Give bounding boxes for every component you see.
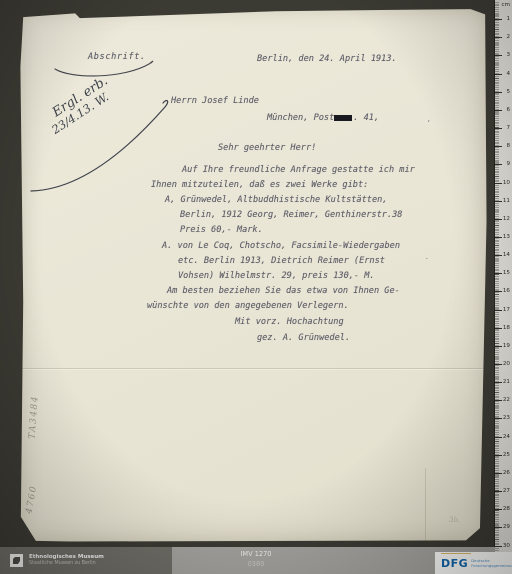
ruler-cm-number: 10 <box>503 180 510 186</box>
body-line: A, Grünwedel, Altbuddhistische Kultstätt… <box>165 195 387 205</box>
ruler-cm-tick <box>495 418 502 419</box>
ruler-cm-number: 27 <box>503 488 510 494</box>
letter-paper: Abschrift. Berlin, den 24. April 1913. H… <box>19 8 487 542</box>
ruler-cm-number: 26 <box>503 470 510 476</box>
ruler-cm-tick <box>495 328 502 329</box>
ruler-cm-tick <box>495 400 502 401</box>
ruler-cm-number: 9 <box>506 161 510 167</box>
ruler-cm-number: 4 <box>506 71 510 77</box>
ruler-cm-tick <box>495 546 502 547</box>
closing-formula: Mit vorz. Hochachtung <box>235 317 344 327</box>
ink-speck: . <box>426 253 428 261</box>
footer-bar: Ethnologisches Museum Staatliche Museen … <box>0 547 495 574</box>
ruler-cm-tick <box>495 364 502 365</box>
ruler-cm-tick <box>495 310 502 311</box>
ruler-cm-tick <box>495 437 502 438</box>
ruler-cm-number: 7 <box>506 125 510 131</box>
ruler-cm-tick <box>495 491 502 492</box>
ruler-cm-number: 6 <box>506 107 510 113</box>
ruler-cm-number: 19 <box>503 343 510 349</box>
ruler-cm-number: 18 <box>503 325 510 331</box>
ruler-cm-number: 13 <box>503 234 510 240</box>
copy-label: Abschrift. <box>88 52 146 62</box>
ruler-cm-tick <box>495 219 502 220</box>
ink-speck: , <box>428 115 430 123</box>
body-line: Vohsen) Wilhelmstr. 29, preis 130,- M. <box>178 271 375 281</box>
ruler-cm-number: 14 <box>503 252 510 258</box>
ruler-cm-number: 11 <box>503 198 510 204</box>
ruler-cm-tick <box>495 146 502 147</box>
scan-mount-background: Abschrift. Berlin, den 24. April 1913. H… <box>0 0 512 574</box>
ruler-unit-label: cm <box>501 2 510 8</box>
ruler-cm-number: 15 <box>503 270 510 276</box>
dfg-logo: DFG Deutsche Forschungsgemeinschaft <box>435 552 512 574</box>
dfg-acronym: DFG <box>441 557 468 570</box>
body-line: A. von Le Coq, Chotscho, Facsimile-Wiede… <box>162 241 400 251</box>
ruler-cm-tick <box>495 473 502 474</box>
ruler-cm-number: 21 <box>503 379 510 385</box>
ruler-cm-number: 29 <box>503 524 510 530</box>
ruler: cm 1234567891011121314151617181920212223… <box>494 0 512 574</box>
ruler-cm-number: 23 <box>503 415 510 421</box>
ruler-cm-tick <box>495 255 502 256</box>
dateline: Berlin, den 24. April 1913. <box>257 54 397 64</box>
ruler-cm-tick <box>495 291 502 292</box>
ruler-cm-number: 5 <box>506 89 510 95</box>
body-line: wünschte von den angegebenen Verlegern. <box>147 301 349 311</box>
ruler-cm-tick <box>495 382 502 383</box>
ruler-cm-tick <box>495 55 502 56</box>
signature-line: gez. A. Grünwedel. <box>257 333 350 343</box>
ruler-cm-number: 17 <box>503 307 510 313</box>
ruler-cm-tick <box>495 92 502 93</box>
recipient-name: Herrn Josef Linde <box>171 96 259 106</box>
recipient-address: München, Post. 41, <box>267 113 379 123</box>
ruler-cm-tick <box>495 183 502 184</box>
ruler-cm-number: 30 <box>503 543 510 549</box>
dfg-name-line2: Forschungsgemeinschaft <box>471 563 512 568</box>
paper-crease-horizontal <box>19 368 487 369</box>
paper-crease-vertical <box>425 468 426 542</box>
pencil-inventory-number: TA3484 <box>28 397 41 440</box>
body-line: Auf Ihre freundliche Anfrage gestatte ic… <box>182 165 415 175</box>
ruler-cm-tick <box>495 110 502 111</box>
body-line: Am besten beziehen Sie das etwa von Ihne… <box>167 286 400 296</box>
ruler-cm-tick <box>495 164 502 165</box>
pencil-page-mark: 3b. <box>449 516 460 524</box>
ruler-cm-tick <box>495 346 502 347</box>
body-line: Ihnen mitzuteilen, daß es zwei Werke gib… <box>151 180 368 190</box>
recipient-address-suffix: . 41, <box>353 113 379 123</box>
salutation: Sehr geehrter Herr! <box>218 143 316 153</box>
ruler-mm-ticks <box>495 2 499 574</box>
handwritten-annotation: Ergl. erb. 23/4.13. W. <box>42 74 117 135</box>
body-line: Preis 60,- Mark. <box>180 225 263 235</box>
ruler-cm-tick <box>495 201 502 202</box>
ruler-cm-number: 20 <box>503 361 510 367</box>
ruler-cm-number: 3 <box>506 52 510 58</box>
ruler-cm-tick <box>495 37 502 38</box>
ruler-cm-tick <box>495 19 502 20</box>
ruler-cm-tick <box>495 527 502 528</box>
pencil-number: 4760 <box>24 483 39 514</box>
ruler-cm-tick <box>495 128 502 129</box>
ruler-cm-number: 16 <box>503 288 510 294</box>
ruler-cm-number: 28 <box>503 506 510 512</box>
ruler-cm-number: 1 <box>506 16 510 22</box>
ruler-cm-number: 24 <box>503 434 510 440</box>
ruler-cm-number: 2 <box>506 34 510 40</box>
body-line: etc. Berlin 1913, Dietrich Reimer (Ernst <box>178 256 385 266</box>
ruler-cm-tick <box>495 237 502 238</box>
ruler-cm-tick <box>495 509 502 510</box>
body-line: Berlin, 1912 Georg, Reimer, Genthinerstr… <box>180 210 402 220</box>
ruler-cm-tick <box>495 455 502 456</box>
ruler-cm-tick <box>495 74 502 75</box>
recipient-address-prefix: München, Post <box>267 113 334 123</box>
ruler-cm-number: 8 <box>506 143 510 149</box>
ruler-cm-number: 25 <box>503 452 510 458</box>
ruler-cm-number: 12 <box>503 216 510 222</box>
redaction-mark <box>334 115 352 121</box>
ruler-cm-tick <box>495 273 502 274</box>
ruler-cm-number: 22 <box>503 397 510 403</box>
